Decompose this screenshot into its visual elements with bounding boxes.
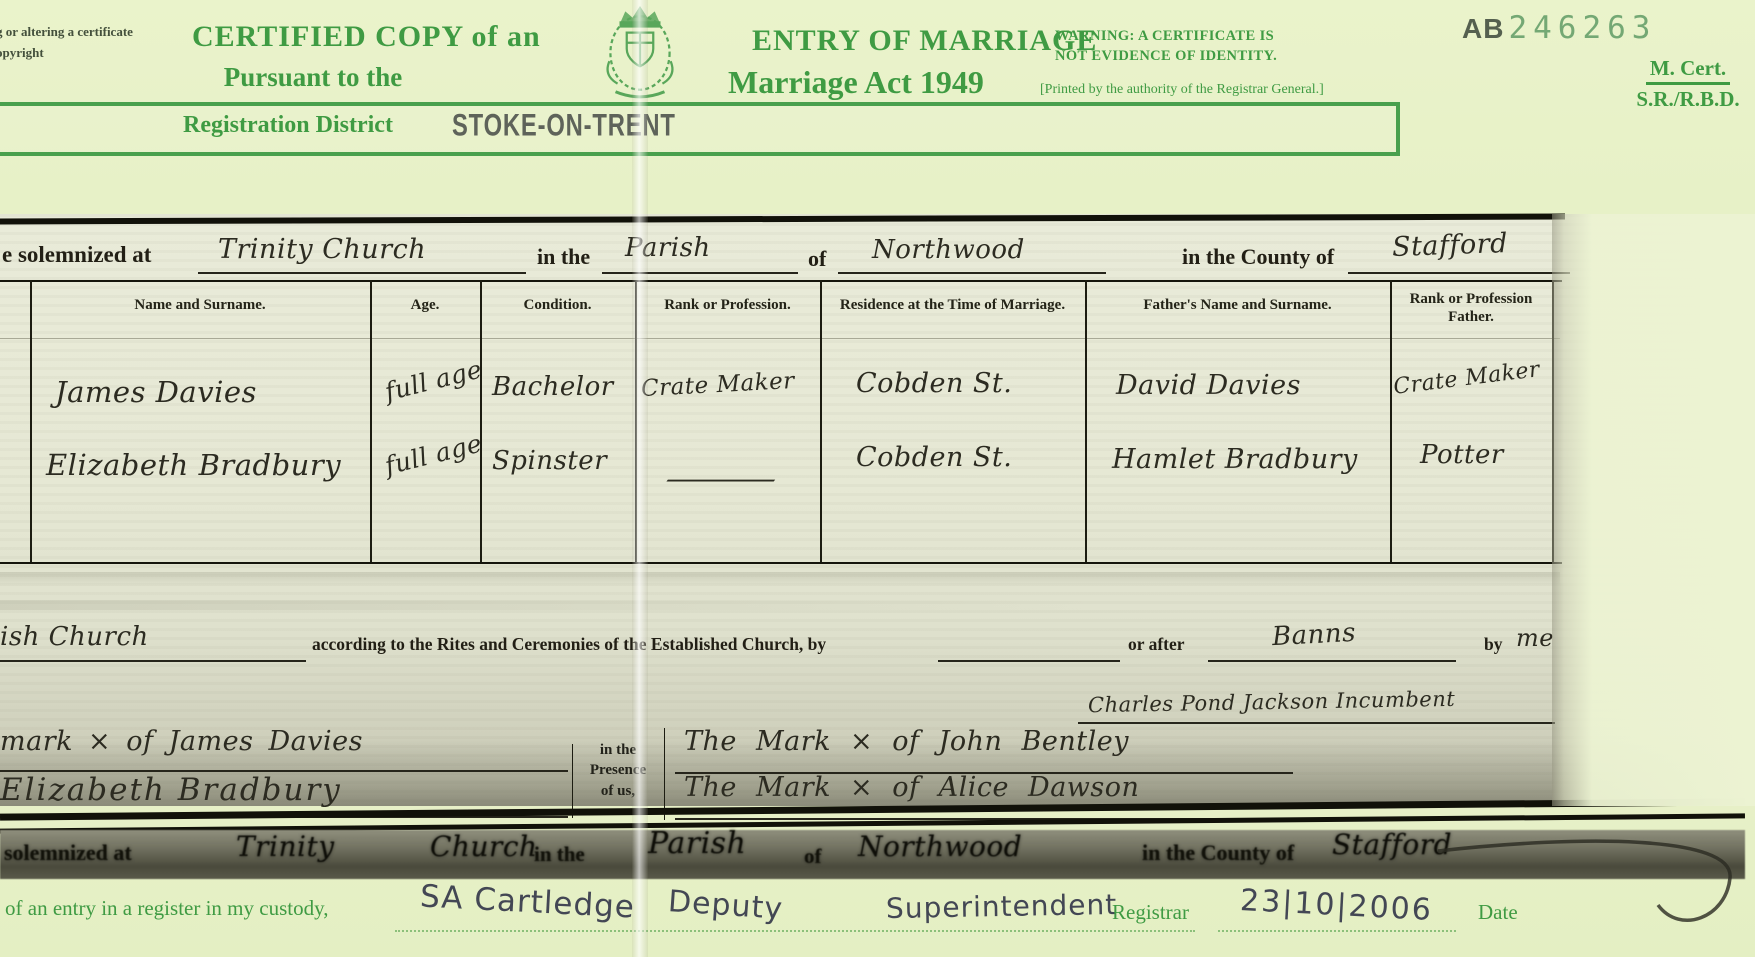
witness2-handwritten: The Mark × of Alice Dawson: [684, 772, 1139, 803]
row1-residence: Cobden St.: [856, 368, 1012, 399]
col-header-father-rank-line1: Rank or Profession: [1390, 290, 1552, 308]
groom-mark-handwritten: mark × of James Davies: [0, 726, 363, 757]
repeat-church1-handwritten: Trinity: [236, 830, 335, 863]
date-dotted-line: [1218, 930, 1456, 932]
serial-prefix: AB: [1462, 13, 1504, 44]
by-me-handwritten: me: [1516, 624, 1554, 652]
table-vline-0: [30, 280, 32, 562]
presence-line3: of us,: [574, 781, 662, 801]
registrar-title1-handwritten: Deputy: [667, 884, 784, 927]
table-vline-2: [480, 280, 482, 562]
solemnized-prefix: e solemnized at: [2, 242, 151, 268]
row2-condition: Spinster: [492, 446, 607, 476]
repeat-parish-word-handwritten: Parish: [648, 826, 746, 861]
col-header-profession: Rank or Profession.: [635, 296, 820, 314]
table-vline-1: [370, 280, 372, 562]
county-name-handwritten: Stafford: [1391, 228, 1508, 263]
presence-line1: in the: [574, 740, 662, 760]
clipped-copyright-line1: g or altering a certificate: [0, 22, 133, 43]
registration-district-label: Registration District: [183, 112, 393, 139]
registrar-dotted-line: [395, 930, 1195, 932]
registrar-label: Registrar: [1112, 900, 1189, 925]
row2-father-profession: Potter: [1420, 440, 1504, 470]
table-vline-5: [1085, 280, 1087, 562]
presence-line2: Presence: [574, 760, 662, 780]
row2-profession-dash: —: [662, 462, 782, 495]
or-after-label: or after: [1128, 634, 1185, 655]
certificate-type-block: M. Cert. S.R./R.B.D.: [1625, 56, 1751, 112]
church-name-handwritten: Trinity Church: [218, 234, 426, 265]
scan-streak-2: [0, 600, 1100, 610]
date-label: Date: [1478, 900, 1518, 925]
cert-type-line2: S.R./R.B.D.: [1625, 87, 1751, 112]
row2-name: Elizabeth Bradbury: [46, 448, 341, 482]
clipped-copyright-line2: opyright: [0, 43, 133, 64]
printed-by-authority-note: [Printed by the authority of the Registr…: [1040, 82, 1324, 98]
repeat-solemnized-label: solemnized at: [4, 840, 132, 866]
row1-name: James Davies: [55, 375, 257, 409]
marriage-certificate-document: g or altering a certificate opyright CER…: [0, 0, 1755, 957]
table-bottom-rule: [0, 562, 1562, 564]
row2-residence: Cobden St.: [856, 442, 1012, 473]
clipped-copyright-note: g or altering a certificate opyright: [0, 22, 133, 64]
table-top-rule: [0, 280, 1562, 282]
warning-line2: NOT EVIDENCE OF IDENTITY.: [1055, 46, 1277, 66]
repeat-church2-handwritten: Church: [430, 830, 538, 863]
scan-right-page-edge: [1552, 214, 1755, 806]
county-underline: [1348, 272, 1570, 274]
presence-left-rule: [572, 744, 573, 818]
pen-flourish: [1430, 833, 1755, 948]
col-header-name: Name and Surname.: [30, 296, 370, 314]
custody-text: of an entry in a register in my custody,: [5, 896, 328, 921]
county-label: in the County of: [1182, 244, 1334, 270]
parish-underline: [838, 272, 1106, 274]
serial-number: AB 246263: [1462, 10, 1656, 46]
date-handwritten: 23|10|2006: [1239, 883, 1433, 928]
warning-note: WARNING: A CERTIFICATE IS NOT EVIDENCE O…: [1055, 26, 1277, 67]
presence-of-us-label: in the Presence of us,: [574, 740, 662, 801]
in-the-label: in the: [537, 244, 590, 270]
certificate-title-line2: Pursuant to the: [188, 62, 438, 93]
church-underline: [198, 272, 526, 274]
registrar-title2-handwritten: Superintendent: [886, 888, 1118, 925]
certificate-title-right2: Marriage Act 1949: [728, 64, 984, 101]
row1-condition: Bachelor: [492, 372, 614, 402]
col-header-residence: Residence at the Time of Marriage.: [820, 296, 1085, 314]
repeat-in-the-label: in the: [534, 842, 585, 867]
col-header-father-rank: Rank or Profession Father.: [1390, 290, 1552, 326]
table-header-rule: [0, 338, 1560, 339]
row2-father-name: Hamlet Bradbury: [1112, 444, 1358, 475]
repeat-county-label: in the County of: [1142, 840, 1294, 866]
parish-name-handwritten: Northwood: [872, 235, 1025, 265]
serial-digits: 246263: [1508, 10, 1656, 46]
presence-right-rule: [664, 728, 665, 820]
certificate-title-line1: CERTIFIED COPY of an: [192, 20, 522, 54]
banns-handwritten: Banns: [1271, 618, 1356, 652]
repeat-of-label: of: [804, 844, 822, 869]
col-header-condition: Condition.: [480, 296, 635, 314]
table-vline-4: [820, 280, 822, 562]
rites-text: according to the Rites and Ceremonies of…: [312, 634, 826, 655]
bride-signature-handwritten: Elizabeth Bradbury: [0, 772, 342, 808]
row1-father-name: David Davies: [1116, 370, 1301, 401]
cert-type-line1: M. Cert.: [1646, 56, 1730, 85]
rites-left-underline: [0, 660, 306, 662]
rites-left-handwritten: ish Church: [0, 622, 149, 652]
certificate-title-right1: ENTRY OF MARRIAGE: [752, 24, 1097, 58]
by-label: by: [1484, 634, 1502, 655]
officiant-underline: [1078, 722, 1555, 724]
of-label: of: [808, 246, 826, 272]
registrar-name-handwritten: SA Cartledge: [419, 878, 636, 925]
repeat-parish-handwritten: Northwood: [858, 830, 1022, 863]
witness1-handwritten: The Mark × of John Bentley: [684, 726, 1129, 757]
scan-streak-1: [0, 572, 1560, 586]
center-fold-crease: [632, 0, 648, 957]
warning-line1: WARNING: A CERTIFICATE IS: [1055, 26, 1277, 46]
col-header-father: Father's Name and Surname.: [1085, 296, 1390, 314]
rites-blank-underline: [938, 660, 1120, 662]
col-header-age: Age.: [370, 296, 480, 314]
col-header-father-rank-line2: Father.: [1390, 308, 1552, 326]
banns-underline: [1208, 660, 1456, 662]
